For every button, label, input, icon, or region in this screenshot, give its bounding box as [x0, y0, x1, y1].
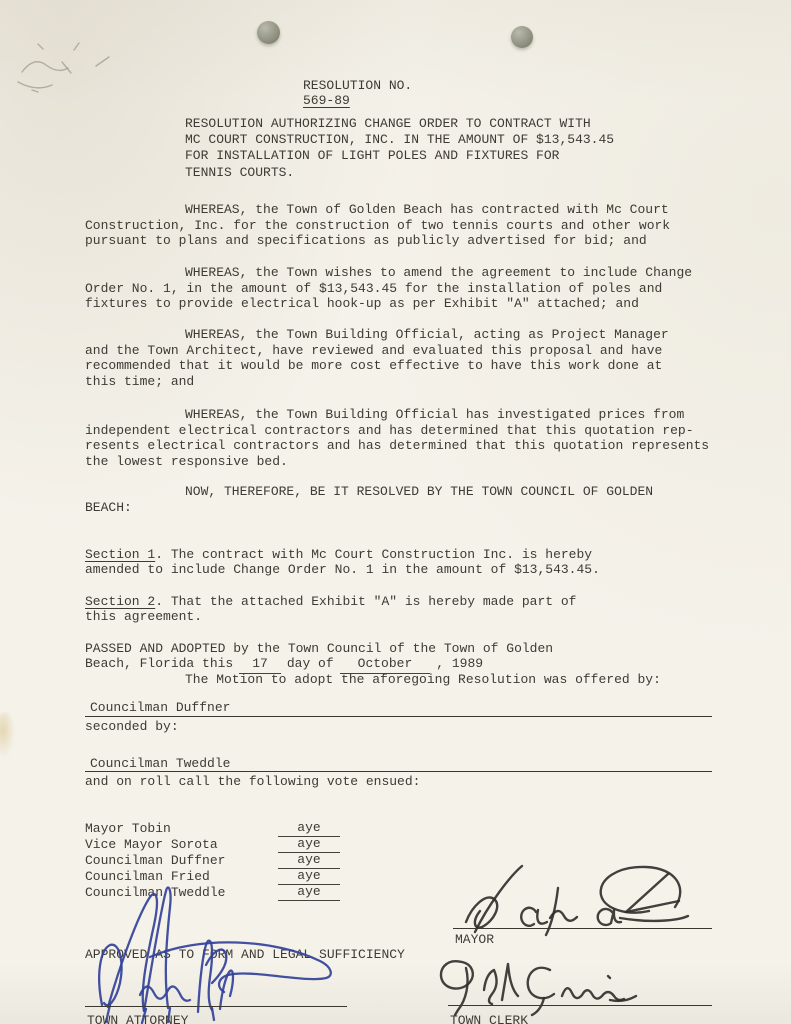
attorney-signature-label: TOWN ATTORNEY	[87, 1013, 188, 1024]
resolution-number: 569-89	[303, 93, 350, 108]
hole-punch-icon	[511, 26, 533, 48]
resolution-number-line: RESOLUTION NO. 569-89	[303, 62, 412, 109]
section-1-label: Section 1	[85, 547, 155, 562]
resolution-title: RESOLUTION AUTHORIZING CHANGE ORDER TO C…	[185, 116, 635, 181]
seconded-by-label: seconded by:	[85, 719, 179, 735]
whereas-clause-3: WHEREAS, the Town Building Official, act…	[85, 327, 740, 389]
scanned-resolution-document: RESOLUTION NO. 569-89 RESOLUTION AUTHORI…	[0, 0, 791, 1024]
whereas-clause-4: WHEREAS, the Town Building Official has …	[85, 407, 745, 469]
motion-line: The Motion to adopt the aforegoing Resol…	[85, 672, 745, 688]
mayor-signature-label: MAYOR	[455, 932, 494, 947]
resolved-clause: NOW, THEREFORE, BE IT RESOLVED BY THE TO…	[85, 484, 740, 515]
section-2-label: Section 2	[85, 594, 155, 609]
whereas-clause-2: WHEREAS, the Town wishes to amend the ag…	[85, 265, 740, 312]
attorney-signature-rule	[85, 1006, 347, 1007]
clerk-signature	[432, 948, 644, 1020]
attorney-signature	[80, 845, 360, 1024]
paper-stain	[0, 712, 15, 758]
offered-by-name: Councilman Duffner	[90, 700, 230, 716]
mayor-signature	[450, 860, 695, 935]
section-1: Section 1. The contract with Mc Court Co…	[85, 531, 745, 578]
passed-adopted-clause: PASSED AND ADOPTED by the Town Council o…	[85, 625, 745, 674]
clerk-signature-label: TOWN CLERK	[450, 1013, 528, 1024]
vote-value: aye	[278, 820, 340, 837]
section-2-text: . That the attached Exhibit "A" is hereb…	[85, 594, 577, 625]
section-2: Section 2. That the attached Exhibit "A"…	[85, 578, 745, 625]
seconded-by-rule	[85, 771, 712, 772]
offered-by-rule	[85, 716, 712, 717]
vote-member-name: Mayor Tobin	[85, 821, 171, 836]
vote-row: Mayor Tobin aye	[85, 821, 405, 837]
section-1-text: . The contract with Mc Court Constructio…	[85, 547, 600, 578]
passed-text-after: , 1989	[436, 656, 483, 671]
seconded-by-name: Councilman Tweddle	[90, 756, 230, 772]
mayor-signature-rule	[453, 928, 712, 929]
resolution-label: RESOLUTION NO.	[303, 78, 412, 93]
whereas-clause-1: WHEREAS, the Town of Golden Beach has co…	[85, 202, 740, 249]
pencil-scribble-mark	[8, 28, 138, 100]
hole-punch-icon	[257, 21, 280, 44]
clerk-signature-rule	[448, 1005, 712, 1006]
passed-text-middle: day of	[287, 656, 334, 671]
roll-call-label: and on roll call the following vote ensu…	[85, 774, 420, 790]
